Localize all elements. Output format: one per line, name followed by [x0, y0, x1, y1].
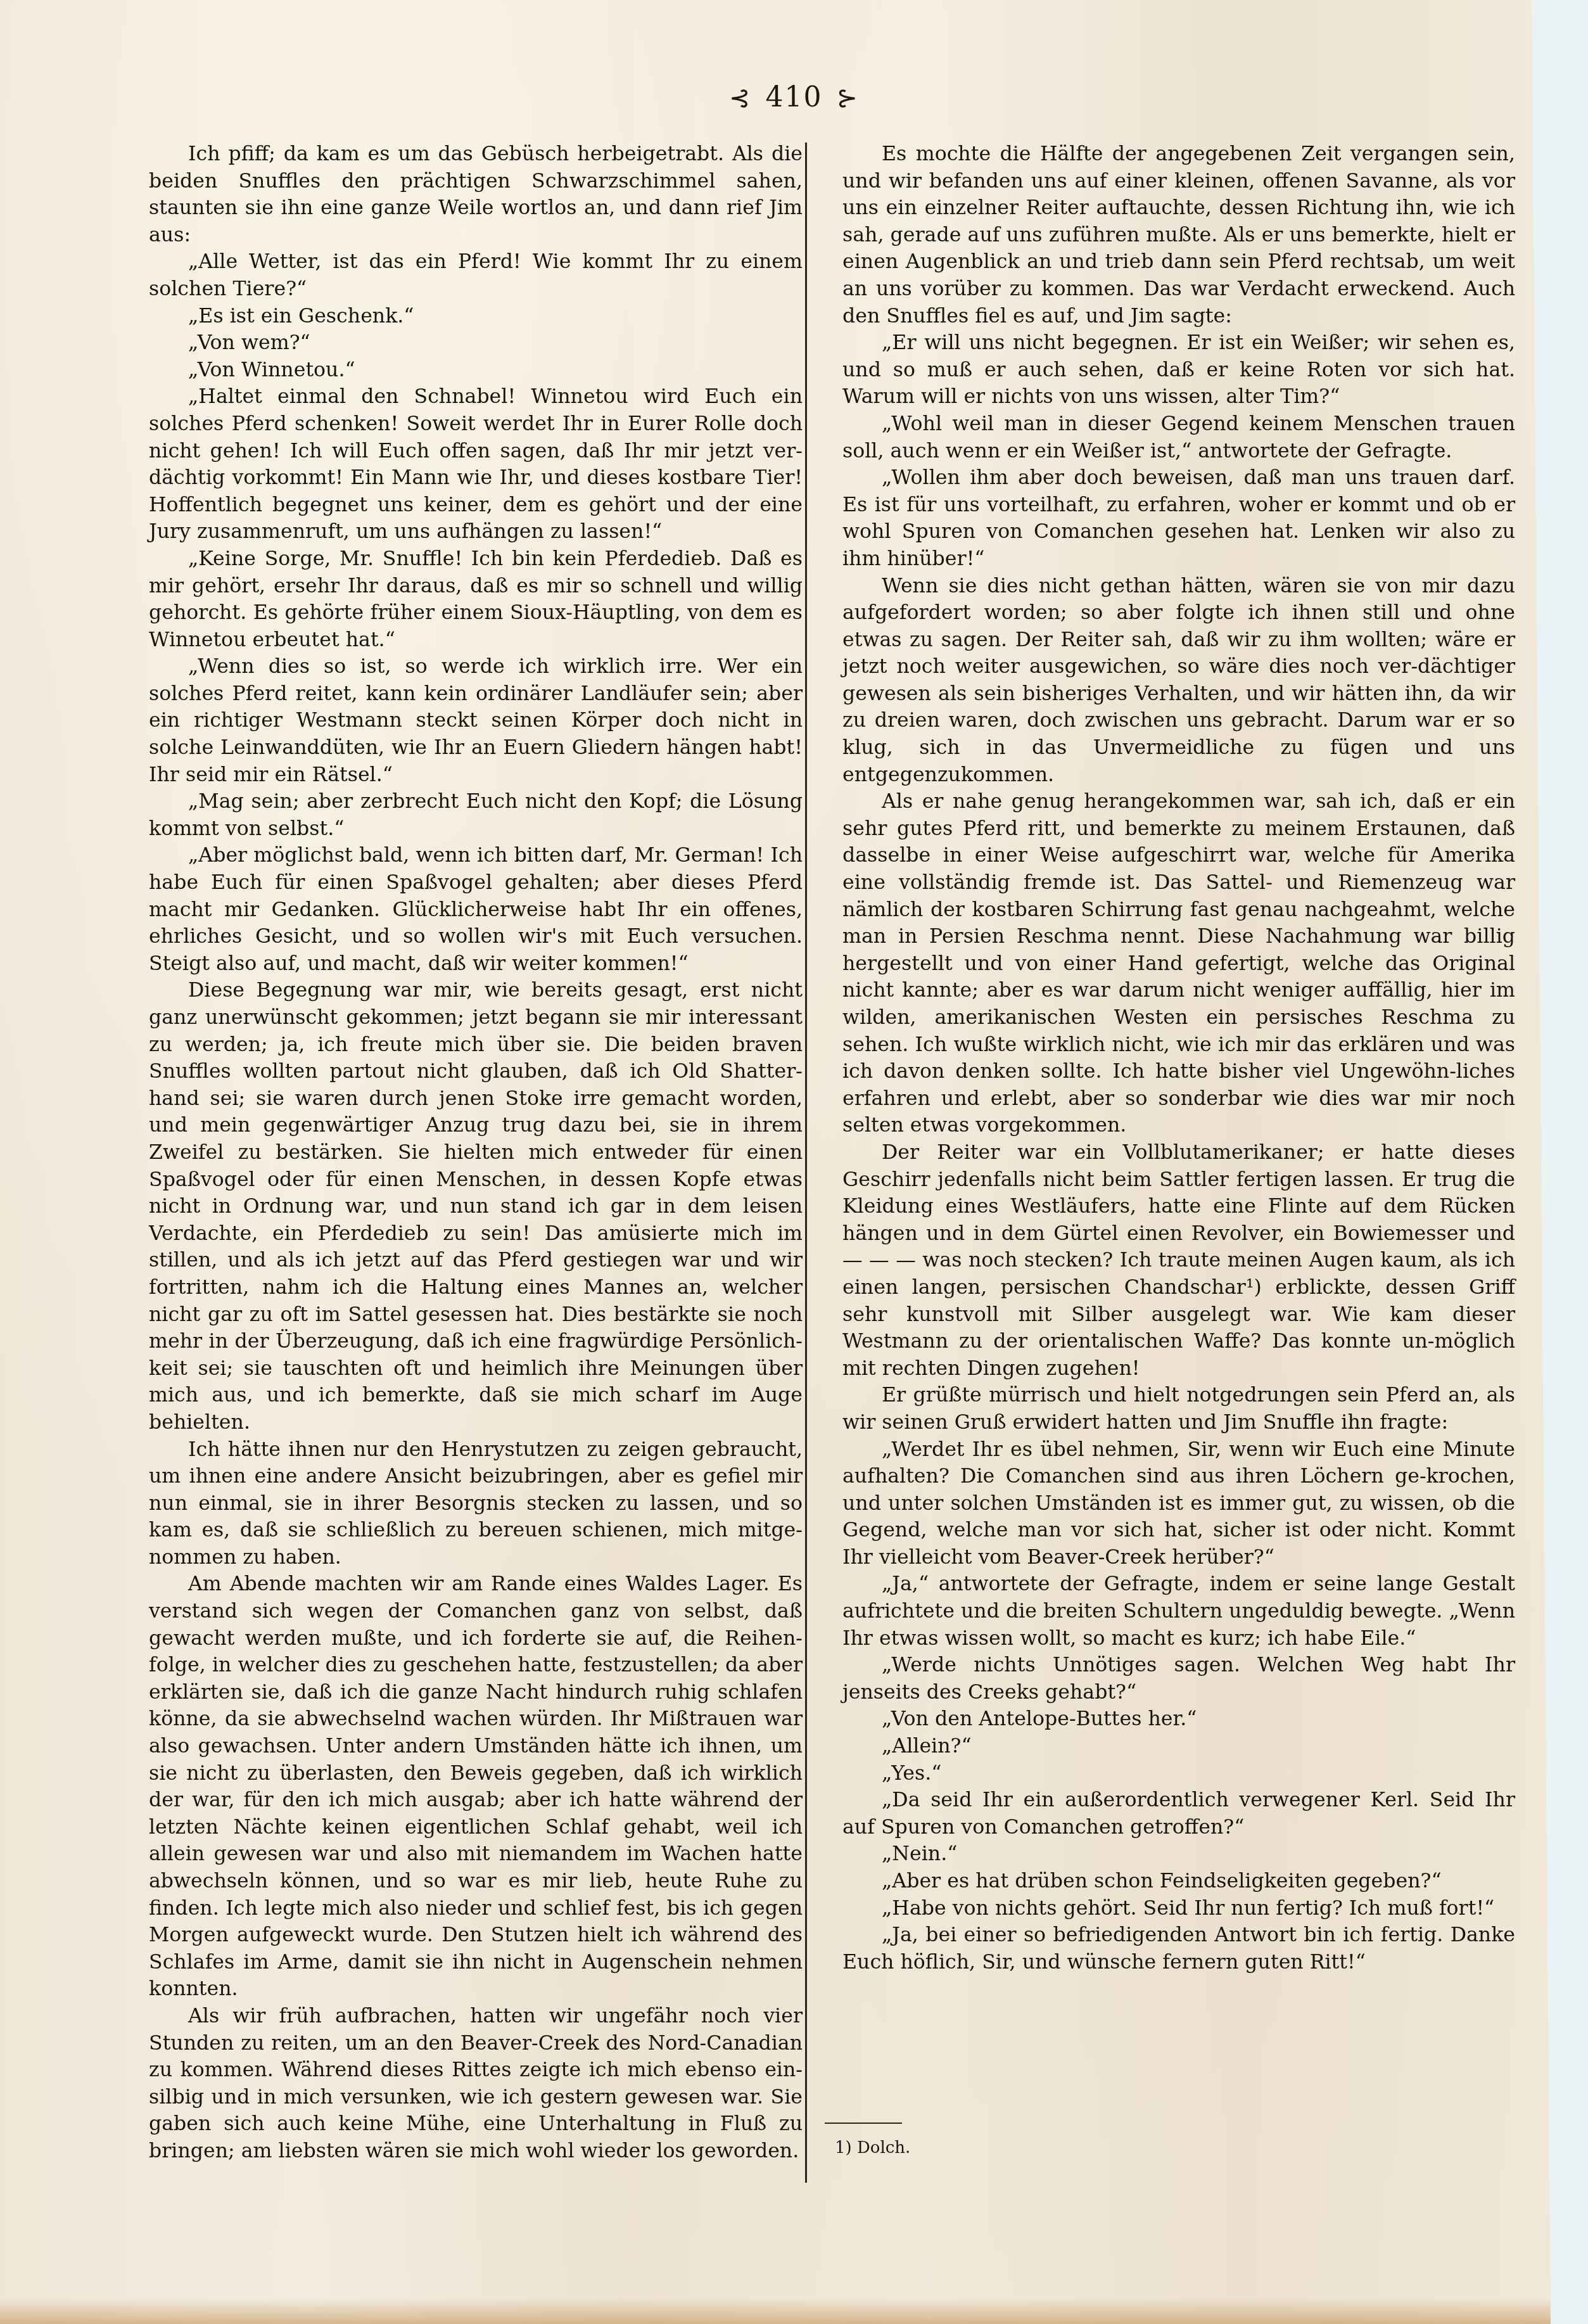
- paragraph: „Habe von nichts gehört. Seid Ihr nun fe…: [842, 1895, 1515, 1922]
- paragraph: „Von Winnetou.“: [149, 357, 803, 384]
- paragraph: Es mochte die Hälfte der angegebenen Zei…: [842, 141, 1515, 329]
- ornament-right-icon: ⊱: [836, 84, 859, 113]
- paragraph: „Er will uns nicht begegnen. Er ist ein …: [842, 329, 1515, 411]
- paragraph: „Yes.“: [842, 1760, 1515, 1787]
- page-header: ⊰410⊱: [0, 81, 1588, 113]
- paragraph: Der Reiter war ein Vollblutamerikaner; e…: [842, 1139, 1515, 1382]
- paragraph: „Da seid Ihr ein außerordentlich verwege…: [842, 1787, 1515, 1841]
- paragraph: Diese Begegnung war mir, wie bereits ges…: [149, 977, 803, 1436]
- page-number: 410: [766, 81, 823, 113]
- right-column: Es mochte die Hälfte der angegebenen Zei…: [842, 141, 1515, 1976]
- paragraph: „Aber es hat drüben schon Feindseligkeit…: [842, 1868, 1515, 1895]
- left-column: Ich pfiff; da kam es um das Gebüsch herb…: [149, 141, 803, 2165]
- footnote-rule: [825, 2123, 902, 2124]
- paragraph: Als er nahe genug herangekommen war, sah…: [842, 788, 1515, 1139]
- paragraph: Ich hätte ihnen nur den Henrystutzen zu …: [149, 1436, 803, 1571]
- paragraph: „Haltet einmal den Schnabel! Winnetou wi…: [149, 383, 803, 546]
- footnote-marker: 1): [835, 2138, 852, 2157]
- paragraph: „Wenn dies so ist, so werde ich wirklich…: [149, 653, 803, 788]
- paragraph: Er grüßte mürrisch und hielt notgedrunge…: [842, 1382, 1515, 1436]
- paragraph: „Es ist ein Geschenk.“: [149, 303, 803, 330]
- paragraph: „Werde nichts Unnötiges sagen. Welchen W…: [842, 1652, 1515, 1706]
- paragraph: „Wollen ihm aber doch beweisen, daß man …: [842, 464, 1515, 572]
- paragraph: Am Abende machten wir am Rande eines Wal…: [149, 1571, 803, 2003]
- paragraph: „Von den Antelope-Buttes her.“: [842, 1706, 1515, 1733]
- paragraph: „Ja,“ antwortete der Gefragte, indem er …: [842, 1571, 1515, 1652]
- paragraph: Wenn sie dies nicht gethan hätten, wären…: [842, 573, 1515, 789]
- footnote-text: Dolch.: [857, 2138, 910, 2157]
- paragraph: „Von wem?“: [149, 329, 803, 357]
- paragraph: Als wir früh aufbrachen, hatten wir unge…: [149, 2003, 803, 2165]
- paragraph: Ich pfiff; da kam es um das Gebüsch herb…: [149, 141, 803, 248]
- paragraph: „Allein?“: [842, 1733, 1515, 1760]
- ornament-left-icon: ⊰: [729, 84, 752, 113]
- paragraph: „Mag sein; aber zerbrecht Euch nicht den…: [149, 788, 803, 842]
- column-divider: [805, 143, 807, 2183]
- paragraph: „Werdet Ihr es übel nehmen, Sir, wenn wi…: [842, 1436, 1515, 1571]
- paragraph: „Nein.“: [842, 1841, 1515, 1868]
- paragraph: „Wohl weil man in dieser Gegend keinem M…: [842, 411, 1515, 464]
- paragraph: „Aber möglichst bald, wenn ich bitten da…: [149, 842, 803, 977]
- paragraph: „Ja, bei einer so befriedigenden Antwort…: [842, 1922, 1515, 1976]
- paragraph: „Alle Wetter, ist das ein Pferd! Wie kom…: [149, 248, 803, 302]
- paragraph: „Keine Sorge, Mr. Snuffle! Ich bin kein …: [149, 546, 803, 653]
- footnote: 1) Dolch.: [835, 2138, 910, 2157]
